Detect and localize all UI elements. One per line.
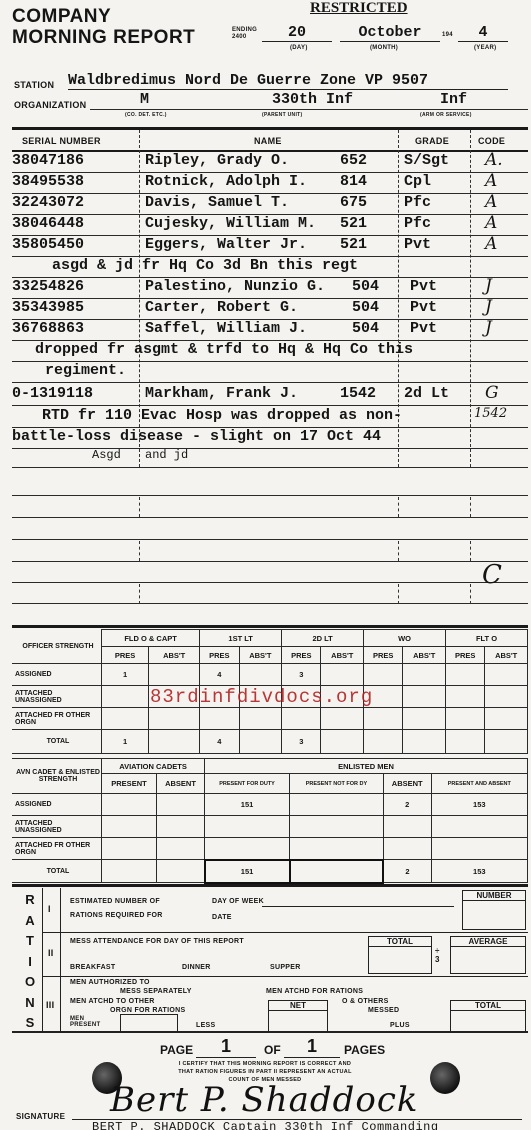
section-iii: III — [46, 1000, 54, 1010]
mos: 504 — [352, 320, 379, 337]
date-label: DATE — [212, 914, 232, 921]
cell: 153 — [431, 794, 527, 816]
mos: 652 — [340, 152, 367, 169]
cell — [446, 664, 485, 686]
grade: Pfc — [404, 194, 431, 211]
typed-signature: BERT P. SHADDOCK Captain 330th Inf Comma… — [92, 1120, 439, 1130]
officer-strength-label: OFFICER STRENGTH — [12, 630, 102, 664]
code: J — [485, 276, 492, 296]
enlisted-row-attached-other: ATTACHED FR OTHER ORGN — [12, 838, 528, 860]
side-letter: N — [24, 993, 36, 1014]
cell — [321, 730, 364, 754]
day-caption: (DAY) — [290, 45, 308, 51]
report-day[interactable]: 20 — [262, 24, 332, 42]
average-box-label: AVERAGE — [451, 937, 525, 947]
soldier-name: Cujesky, William M. — [145, 215, 316, 232]
officers-others-label: O & OTHERS — [342, 998, 389, 1005]
certify-line: THAT RATION FIGURES IN PART II REPRESENT… — [140, 1068, 390, 1076]
soldier-name: Markham, Frank J. — [145, 385, 298, 402]
cell — [156, 794, 204, 816]
soldier-name: Ripley, Grady O. — [145, 152, 289, 169]
page-number[interactable]: 1 — [196, 1036, 256, 1058]
row-label: ATTACHED UNASSIGNED — [12, 686, 102, 708]
cell — [403, 730, 446, 754]
mess-attendance-label: MESS ATTENDANCE FOR DAY OF THIS REPORT — [70, 938, 244, 945]
grade: Cpl — [404, 173, 431, 190]
serial-number: 32243072 — [12, 194, 84, 211]
side-letter: I — [24, 952, 36, 973]
men-atchd-other-label: MEN ATCHD TO OTHER — [70, 998, 155, 1005]
serial-number: 33254826 — [12, 278, 84, 295]
subcol-abst: ABS'T — [321, 647, 364, 664]
cell: 4 — [200, 730, 239, 754]
grade: 2d Lt — [404, 385, 449, 402]
cell — [149, 664, 200, 686]
code: A — [485, 213, 497, 233]
initials-mark: C — [482, 560, 502, 590]
soldier-name: Saffel, William J. — [145, 320, 307, 337]
roster-remark: RTD fr 110 Evac Hosp was dropped as non- — [42, 407, 402, 424]
row-label: ATTACHED FR OTHER ORGN — [12, 838, 102, 860]
group-header: WO — [364, 630, 446, 647]
divide-by-three: ÷ 3 — [435, 946, 445, 964]
rations-section: R A T I O N S I ESTIMATED NUMBER OF RATI… — [12, 888, 528, 1038]
code: 1542 — [474, 406, 507, 421]
title-line-1: COMPANY — [12, 6, 195, 27]
section-i: I — [48, 904, 51, 914]
serial-number: 38047186 — [12, 152, 84, 169]
mos: 521 — [340, 215, 367, 232]
cell: 1 — [102, 730, 149, 754]
signature-label: SIGNATURE — [16, 1112, 65, 1121]
row-label: TOTAL — [12, 730, 102, 754]
ending-label: ENDING 2400 — [232, 27, 258, 41]
subcol: PRESENT NOT FOR DY — [290, 774, 384, 794]
col-serial-header: SERIAL NUMBER — [22, 136, 101, 146]
cell: 3 — [282, 664, 321, 686]
soldier-name: Palestino, Nunzio G. — [145, 278, 325, 295]
cell — [102, 794, 157, 816]
cell — [149, 730, 200, 754]
grade: Pfc — [404, 215, 431, 232]
month-caption: (MONTH) — [370, 45, 398, 51]
roster-remark: and jd — [145, 448, 188, 462]
side-letter: T — [24, 931, 36, 952]
soldier-name: Eggers, Walter Jr. — [145, 236, 307, 253]
grade: Pvt — [404, 236, 431, 253]
code: A — [485, 234, 497, 254]
classification-stamp: RESTRICTED — [310, 0, 408, 17]
cell: 151 — [205, 794, 290, 816]
row-label: ASSIGNED — [12, 794, 102, 816]
roster-remark: asgd & jd fr Hq Co 3d Bn this regt — [52, 257, 358, 274]
cell — [485, 664, 528, 686]
certify-line: I CERTIFY THAT THIS MORNING REPORT IS CO… — [140, 1060, 390, 1068]
enlisted-row-assigned: ASSIGNED 151 2 153 — [12, 794, 528, 816]
serial-number: 35343985 — [12, 299, 84, 316]
col-grade-header: GRADE — [415, 136, 449, 146]
rations-required-label: ESTIMATED NUMBER OF — [70, 898, 160, 905]
station-label: STATION — [14, 80, 54, 90]
net-box[interactable]: NET — [268, 1000, 328, 1033]
group-header: 2D LT — [282, 630, 364, 647]
code: A — [485, 192, 497, 212]
arm-caption: (ARM OR SERVICE) — [420, 112, 472, 118]
subcol: PRESENT AND ABSENT — [431, 774, 527, 794]
col-code-header: CODE — [478, 136, 505, 146]
cell — [102, 860, 157, 883]
report-title: COMPANY MORNING REPORT — [12, 6, 195, 48]
title-line-2: MORNING REPORT — [12, 27, 195, 48]
officer-row-assigned: ASSIGNED 1 4 3 — [12, 664, 528, 686]
subcol-abst: ABS'T — [149, 647, 200, 664]
station-field[interactable]: Waldbredimus Nord De Guerre Zone VP 9507 — [68, 72, 508, 90]
number-box[interactable]: NUMBER — [462, 890, 526, 930]
code: A. — [485, 150, 503, 170]
men-present-box[interactable] — [120, 1014, 178, 1033]
serial-number: 38046448 — [12, 215, 84, 232]
cell — [239, 730, 282, 754]
cell — [290, 860, 384, 883]
group-header: FLD O & CAPT — [102, 630, 200, 647]
company-caption: (CO. DET. ETC.) — [125, 112, 167, 118]
roster-remark: battle-loss disease - slight on 17 Oct 4… — [12, 428, 381, 445]
plus-label: PLUS — [390, 1022, 410, 1029]
organization-label: ORGANIZATION — [14, 100, 86, 110]
soldier-name: Rotnick, Adolph I. — [145, 173, 307, 190]
organization-arm[interactable]: Inf — [440, 91, 467, 108]
cell — [290, 794, 384, 816]
cell: 151 — [205, 860, 290, 883]
net-box-label: NET — [269, 1001, 327, 1011]
binder-hole-right — [430, 1062, 460, 1094]
subcol-pres: PRES — [200, 647, 239, 664]
code: G — [485, 383, 499, 403]
cell — [364, 730, 403, 754]
enlisted-row-total: TOTAL 151 2 153 — [12, 860, 528, 883]
total-box-label: TOTAL — [369, 937, 431, 947]
enlisted-strength-table: AVN CADET & ENLISTED STRENGTH AVIATION C… — [12, 758, 528, 884]
grade: S/Sgt — [404, 152, 449, 169]
roster-remark: regiment. — [45, 362, 126, 379]
rations-required-label: RATIONS REQUIRED FOR — [70, 912, 163, 919]
soldier-name: Davis, Samuel T. — [145, 194, 289, 211]
group-header: FLT O — [446, 630, 528, 647]
number-box-label: NUMBER — [463, 891, 525, 901]
enlisted-strength-label: AVN CADET & ENLISTED STRENGTH — [12, 759, 102, 794]
pages-label: PAGES — [344, 1043, 385, 1057]
code: A — [485, 171, 497, 191]
subcol-pres: PRES — [446, 647, 485, 664]
group-header: AVIATION CADETS — [102, 759, 205, 774]
organization-company[interactable]: M — [140, 91, 149, 108]
group-header: ENLISTED MEN — [205, 759, 528, 774]
men-atchd-rations-label: MEN ATCHD FOR RATIONS — [266, 988, 363, 995]
cell: 2 — [383, 794, 431, 816]
col-name-header: NAME — [254, 136, 282, 146]
mos: 1542 — [340, 385, 376, 402]
code: J — [485, 318, 492, 338]
rations-side-label: R A T I O N S — [24, 890, 36, 1034]
serial-number: 36768863 — [12, 320, 84, 337]
subcol: PRESENT — [102, 774, 157, 794]
cell — [446, 730, 485, 754]
page-label: PAGE — [160, 1043, 193, 1057]
mos: 504 — [352, 278, 379, 295]
grade: Pvt — [410, 320, 437, 337]
row-label: ATTACHED FR OTHER ORGN — [12, 708, 102, 730]
side-letter: R — [24, 890, 36, 911]
roster-remark: Asgd — [92, 448, 121, 462]
cell: 1 — [102, 664, 149, 686]
roster-remark: dropped fr asgmt & trfd to Hq & Hq Co th… — [35, 341, 413, 358]
serial-number: 0-1319118 — [12, 385, 93, 402]
section-ii: II — [48, 948, 54, 958]
total-box-2-label: TOTAL — [451, 1001, 525, 1011]
messed-label: MESSED — [368, 1007, 399, 1014]
grade: Pvt — [410, 299, 437, 316]
mos: 814 — [340, 173, 367, 190]
officer-row-attached-other: ATTACHED FR OTHER ORGN — [12, 708, 528, 730]
officer-row-total: TOTAL 1 4 3 — [12, 730, 528, 754]
subcol: ABSENT — [156, 774, 204, 794]
row-label: ASSIGNED — [12, 664, 102, 686]
mos: 521 — [340, 236, 367, 253]
signature[interactable]: Bert P. Shaddock — [110, 1080, 419, 1120]
total-box-2[interactable]: TOTAL — [450, 1000, 526, 1033]
row-label: ATTACHED UNASSIGNED — [12, 816, 102, 838]
men-authorized-label: MEN AUTHORIZED TO — [70, 979, 150, 986]
subcol: ABSENT — [383, 774, 431, 794]
report-month[interactable]: October — [340, 24, 440, 42]
cell — [239, 664, 282, 686]
mess-separately-label: MESS SEPARATELY — [120, 988, 192, 995]
subcol-abst: ABS'T — [485, 647, 528, 664]
row-label: TOTAL — [12, 860, 102, 883]
breakfast-label: BREAKFAST — [70, 964, 115, 971]
cell: 3 — [282, 730, 321, 754]
subcol-pres: PRES — [102, 647, 149, 664]
mos: 675 — [340, 194, 367, 211]
total-box[interactable]: TOTAL — [368, 936, 432, 974]
subcol-abst: ABS'T — [403, 647, 446, 664]
subcol-abst: ABS'T — [239, 647, 282, 664]
orgn-for-rations-label: ORGN FOR RATIONS — [110, 1007, 185, 1014]
subcol-pres: PRES — [364, 647, 403, 664]
code: J — [485, 297, 492, 317]
grade: Pvt — [410, 278, 437, 295]
cell — [364, 664, 403, 686]
cell: 2 — [383, 860, 431, 883]
cell — [403, 664, 446, 686]
soldier-name: Carter, Robert G. — [145, 299, 298, 316]
cell: 153 — [431, 860, 527, 883]
of-label: OF — [264, 1043, 281, 1057]
year-prefix: 194 — [442, 32, 453, 38]
day-of-week-field[interactable] — [262, 906, 454, 907]
enlisted-row-attached-unassigned: ATTACHED UNASSIGNED — [12, 816, 528, 838]
supper-label: SUPPER — [270, 964, 301, 971]
serial-number: 35805450 — [12, 236, 84, 253]
parent-caption: (PARENT UNIT) — [262, 112, 302, 118]
subcol: PRESENT FOR DUTY — [205, 774, 290, 794]
dinner-label: DINNER — [182, 964, 211, 971]
day-of-week-label: DAY OF WEEK — [212, 898, 264, 905]
side-letter: A — [24, 911, 36, 932]
group-header: 1ST LT — [200, 630, 282, 647]
organization-parent-unit[interactable]: 330th Inf — [272, 91, 353, 108]
watermark: 83rdinfdivdocs.org — [150, 686, 373, 708]
cell — [321, 664, 364, 686]
total-pages[interactable]: 1 — [284, 1036, 340, 1058]
average-box[interactable]: AVERAGE — [450, 936, 526, 974]
mos: 504 — [352, 299, 379, 316]
men-present-label: MEN PRESENT — [70, 1016, 104, 1028]
year-caption: (YEAR) — [474, 45, 496, 51]
cell — [156, 860, 204, 883]
cell: 4 — [200, 664, 239, 686]
less-label: LESS — [196, 1022, 215, 1029]
cell — [485, 730, 528, 754]
side-letter: O — [24, 972, 36, 993]
report-year[interactable]: 4 — [458, 24, 508, 42]
subcol-pres: PRES — [282, 647, 321, 664]
serial-number: 38495538 — [12, 173, 84, 190]
